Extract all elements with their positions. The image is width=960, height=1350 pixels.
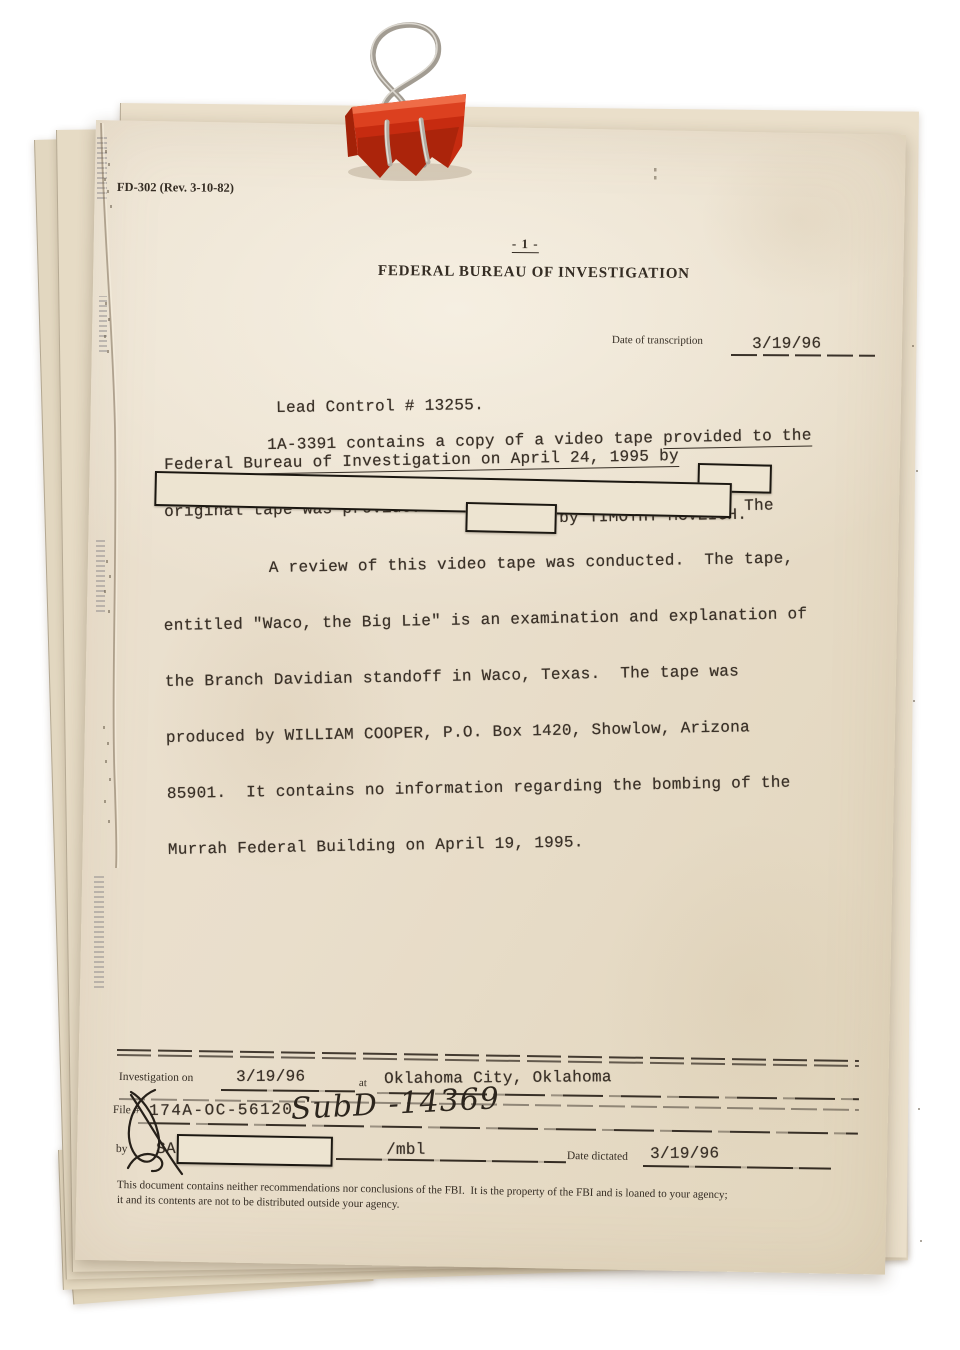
agent-prefix-text: SA: [156, 1140, 176, 1158]
para1-line1-underlined: provided to the: [663, 426, 812, 449]
date-of-transcription-label: Date of transcription: [612, 334, 703, 347]
para2-line: Murrah Federal Building on April 19, 199…: [168, 829, 812, 861]
lead-control-line: Lead Control # 13255.: [276, 396, 484, 417]
redaction-box: [465, 502, 557, 534]
margin-smudge: [99, 296, 107, 352]
agency-title: FEDERAL BUREAU OF INVESTIGATION: [378, 263, 690, 283]
para2-line: entitled "Waco, the Big Lie" is an exami…: [164, 605, 808, 637]
investigation-on-label: Investigation on: [119, 1071, 194, 1084]
investigation-date-value: 3/19/96: [236, 1068, 305, 1086]
para2-line: A review of this video tape was conducte…: [163, 549, 807, 581]
para2-block: A review of this video tape was conducte…: [162, 513, 812, 879]
para2-line: 85901. It contains no information regard…: [167, 773, 811, 805]
date-dictated-label: Date dictated: [567, 1150, 628, 1163]
form-number-label: FD-302 (Rev. 3-10-82): [117, 180, 234, 196]
page-number-text: - 1 -: [512, 236, 539, 253]
para1-line3-suffix: The: [744, 496, 774, 515]
margin-smudge: [94, 876, 104, 988]
para2-line: the Branch Davidian standoff in Waco, Te…: [165, 661, 809, 693]
file-number-label: File #: [113, 1104, 140, 1116]
date-dictated-value: 3/19/96: [650, 1144, 719, 1163]
by-label: by: [116, 1143, 128, 1155]
redaction-box: [176, 1134, 332, 1167]
para2-line: produced by WILLIAM COOPER, P.O. Box 142…: [166, 717, 810, 749]
margin-smudge: [97, 137, 107, 199]
date-of-transcription-value: 3/19/96: [752, 335, 821, 353]
typist-initials-text: /mbl: [386, 1141, 426, 1159]
file-number-typed: 174A-OC-56120: [149, 1101, 293, 1120]
page-number: - 1 -: [512, 236, 539, 252]
margin-smudge: [96, 540, 105, 612]
scan-canvas: { "form": { "form_number": "FD-302 (Rev.…: [0, 0, 960, 1350]
